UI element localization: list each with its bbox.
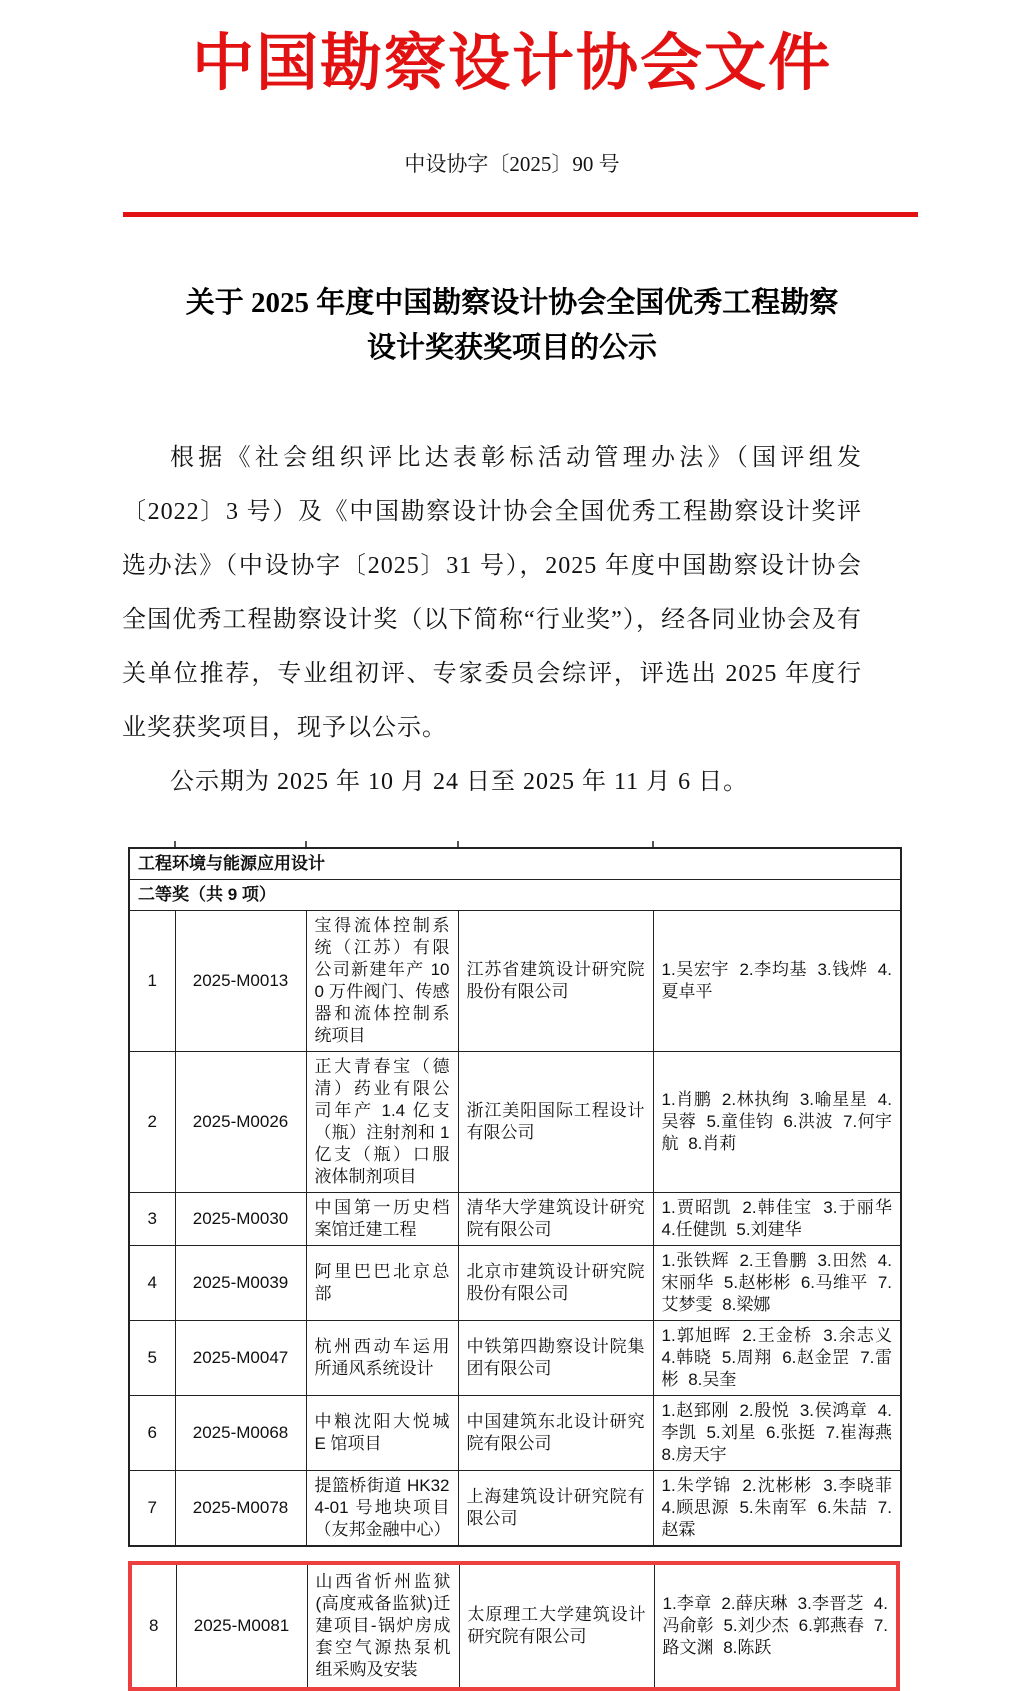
cell-index: 3 xyxy=(129,1193,175,1246)
letterhead-title: 中国勘察设计协会文件 xyxy=(0,0,1024,104)
cell-index: 7 xyxy=(129,1471,175,1547)
cell-project-code: 2025-M0068 xyxy=(175,1396,306,1471)
cell-project-name: 宝得流体控制系统（江苏）有限公司新建年产 100 万件阀门、传感器和流体控制系统… xyxy=(306,911,458,1052)
table-row: 2 2025-M0026 正大青春宝（德清）药业有限公司年产 1.4 亿支（瓶）… xyxy=(129,1052,901,1193)
cell-organization: 北京市建筑设计研究院股份有限公司 xyxy=(458,1246,653,1321)
column-tick-mark xyxy=(457,841,459,847)
red-divider xyxy=(123,212,918,217)
cell-index: 5 xyxy=(129,1321,175,1396)
cell-organization: 上海建筑设计研究院有限公司 xyxy=(458,1471,653,1547)
table-gap xyxy=(128,1547,900,1561)
cell-project-name: 提篮桥街道 HK324-01 号地块项目（友邦金融中心） xyxy=(306,1471,458,1547)
cell-people: 1.贾昭凯 2.韩佳宝 3.于丽华 4.任健凯 5.刘建华 xyxy=(653,1193,901,1246)
cell-organization: 中铁第四勘察设计院集团有限公司 xyxy=(458,1321,653,1396)
cell-organization: 中国建筑东北设计研究院有限公司 xyxy=(458,1396,653,1471)
document-body: 根据《社会组织评比达表彰标活动管理办法》（国评组发〔2022〕3 号）及《中国勘… xyxy=(122,431,862,809)
cell-project-name: 中国第一历史档案馆迁建工程 xyxy=(306,1193,458,1246)
body-paragraph-basis: 根据《社会组织评比达表彰标活动管理办法》（国评组发〔2022〕3 号）及《中国勘… xyxy=(122,431,862,755)
document-page: 中国勘察设计协会文件 中设协字〔2025〕90 号 关于 2025 年度中国勘察… xyxy=(0,0,1024,1691)
doc-number: 中设协字〔2025〕90 号 xyxy=(0,152,1024,176)
table-section-header: 工程环境与能源应用设计 xyxy=(129,848,901,880)
cell-organization: 浙江美阳国际工程设计有限公司 xyxy=(458,1052,653,1193)
cell-index: 1 xyxy=(129,911,175,1052)
awards-table: 工程环境与能源应用设计 二等奖（共 9 项） 1 2025-M0013 宝得流体… xyxy=(128,847,900,1691)
cell-project-name: 中粮沈阳大悦城 E 馆项目 xyxy=(306,1396,458,1471)
cell-index: 8 xyxy=(132,1565,176,1687)
table-row: 5 2025-M0047 杭州西动车运用所通风系统设计 中铁第四勘察设计院集团有… xyxy=(129,1321,901,1396)
cell-index: 6 xyxy=(129,1396,175,1471)
table-row: 4 2025-M0039 阿里巴巴北京总部 北京市建筑设计研究院股份有限公司 1… xyxy=(129,1246,901,1321)
table-section-row: 工程环境与能源应用设计 xyxy=(129,848,901,880)
cell-index: 2 xyxy=(129,1052,175,1193)
body-paragraph-period: 公示期为 2025 年 10 月 24 日至 2025 年 11 月 6 日。 xyxy=(122,755,862,809)
cell-project-name: 正大青春宝（德清）药业有限公司年产 1.4 亿支（瓶）注射剂和 1 亿支（瓶）口… xyxy=(306,1052,458,1193)
cell-project-name: 山西省忻州监狱(高度戒备监狱)迁建项目-锅炉房成套空气源热泵机组采购及安装 xyxy=(307,1565,459,1687)
cell-organization: 太原理工大学建筑设计研究院有限公司 xyxy=(459,1565,654,1687)
table-row: 1 2025-M0013 宝得流体控制系统（江苏）有限公司新建年产 100 万件… xyxy=(129,911,901,1052)
table-row: 7 2025-M0078 提篮桥街道 HK324-01 号地块项目（友邦金融中心… xyxy=(129,1471,901,1547)
table-row: 6 2025-M0068 中粮沈阳大悦城 E 馆项目 中国建筑东北设计研究院有限… xyxy=(129,1396,901,1471)
awards-table-main: 工程环境与能源应用设计 二等奖（共 9 项） 1 2025-M0013 宝得流体… xyxy=(128,847,902,1547)
cell-project-code: 2025-M0026 xyxy=(175,1052,306,1193)
cell-project-name: 阿里巴巴北京总部 xyxy=(306,1246,458,1321)
highlighted-row-box: 8 2025-M0081 山西省忻州监狱(高度戒备监狱)迁建项目-锅炉房成套空气… xyxy=(128,1561,900,1691)
cell-people: 1.吴宏宇 2.李均基 3.钱烨 4.夏卓平 xyxy=(653,911,901,1052)
cell-people: 1.张铁辉 2.王鲁鹏 3.田然 4.宋丽华 5.赵彬彬 6.马维平 7.艾梦雯… xyxy=(653,1246,901,1321)
table-row: 3 2025-M0030 中国第一历史档案馆迁建工程 清华大学建筑设计研究院有限… xyxy=(129,1193,901,1246)
cell-project-code: 2025-M0013 xyxy=(175,911,306,1052)
cell-project-code: 2025-M0030 xyxy=(175,1193,306,1246)
cell-index: 4 xyxy=(129,1246,175,1321)
document-title-line2: 设计奖获奖项目的公示 xyxy=(367,332,657,364)
cell-people: 1.肖鹏 2.林执绚 3.喻星星 4.吴蓉 5.童佳钧 6.洪波 7.何宇航 8… xyxy=(653,1052,901,1193)
table-award-row: 二等奖（共 9 项） xyxy=(129,880,901,911)
cell-people: 1.赵郅刚 2.殷悦 3.侯鸿章 4.李凯 5.刘星 6.张挺 7.崔海燕 8.… xyxy=(653,1396,901,1471)
cell-organization: 江苏省建筑设计研究院股份有限公司 xyxy=(458,911,653,1052)
column-tick-mark xyxy=(305,841,307,847)
column-tick-mark xyxy=(174,841,176,847)
cell-people: 1.朱学锦 2.沈彬彬 3.李晓菲 4.顾思源 5.朱南军 6.朱喆 7.赵霖 xyxy=(653,1471,901,1547)
awards-table-highlighted: 8 2025-M0081 山西省忻州监狱(高度戒备监狱)迁建项目-锅炉房成套空气… xyxy=(132,1565,896,1687)
cell-project-code: 2025-M0039 xyxy=(175,1246,306,1321)
cell-people: 1.郭旭晖 2.王金桥 3.余志义 4.韩晓 5.周翔 6.赵金罡 7.雷彬 8… xyxy=(653,1321,901,1396)
document-title-line1: 关于 2025 年度中国勘察设计协会全国优秀工程勘察 xyxy=(186,287,839,319)
cell-project-code: 2025-M0047 xyxy=(175,1321,306,1396)
table-award-tier: 二等奖（共 9 项） xyxy=(129,880,901,911)
cell-project-code: 2025-M0081 xyxy=(176,1565,307,1687)
cell-project-code: 2025-M0078 xyxy=(175,1471,306,1547)
cell-project-name: 杭州西动车运用所通风系统设计 xyxy=(306,1321,458,1396)
cell-people: 1.李章 2.薛庆琳 3.李晋芝 4.冯俞彰 5.刘少杰 6.郭燕春 7.路文渊… xyxy=(654,1565,896,1687)
document-title: 关于 2025 年度中国勘察设计协会全国优秀工程勘察 设计奖获奖项目的公示 xyxy=(80,281,944,371)
cell-organization: 清华大学建筑设计研究院有限公司 xyxy=(458,1193,653,1246)
column-tick-mark xyxy=(652,841,654,847)
table-row-highlighted: 8 2025-M0081 山西省忻州监狱(高度戒备监狱)迁建项目-锅炉房成套空气… xyxy=(132,1565,896,1687)
